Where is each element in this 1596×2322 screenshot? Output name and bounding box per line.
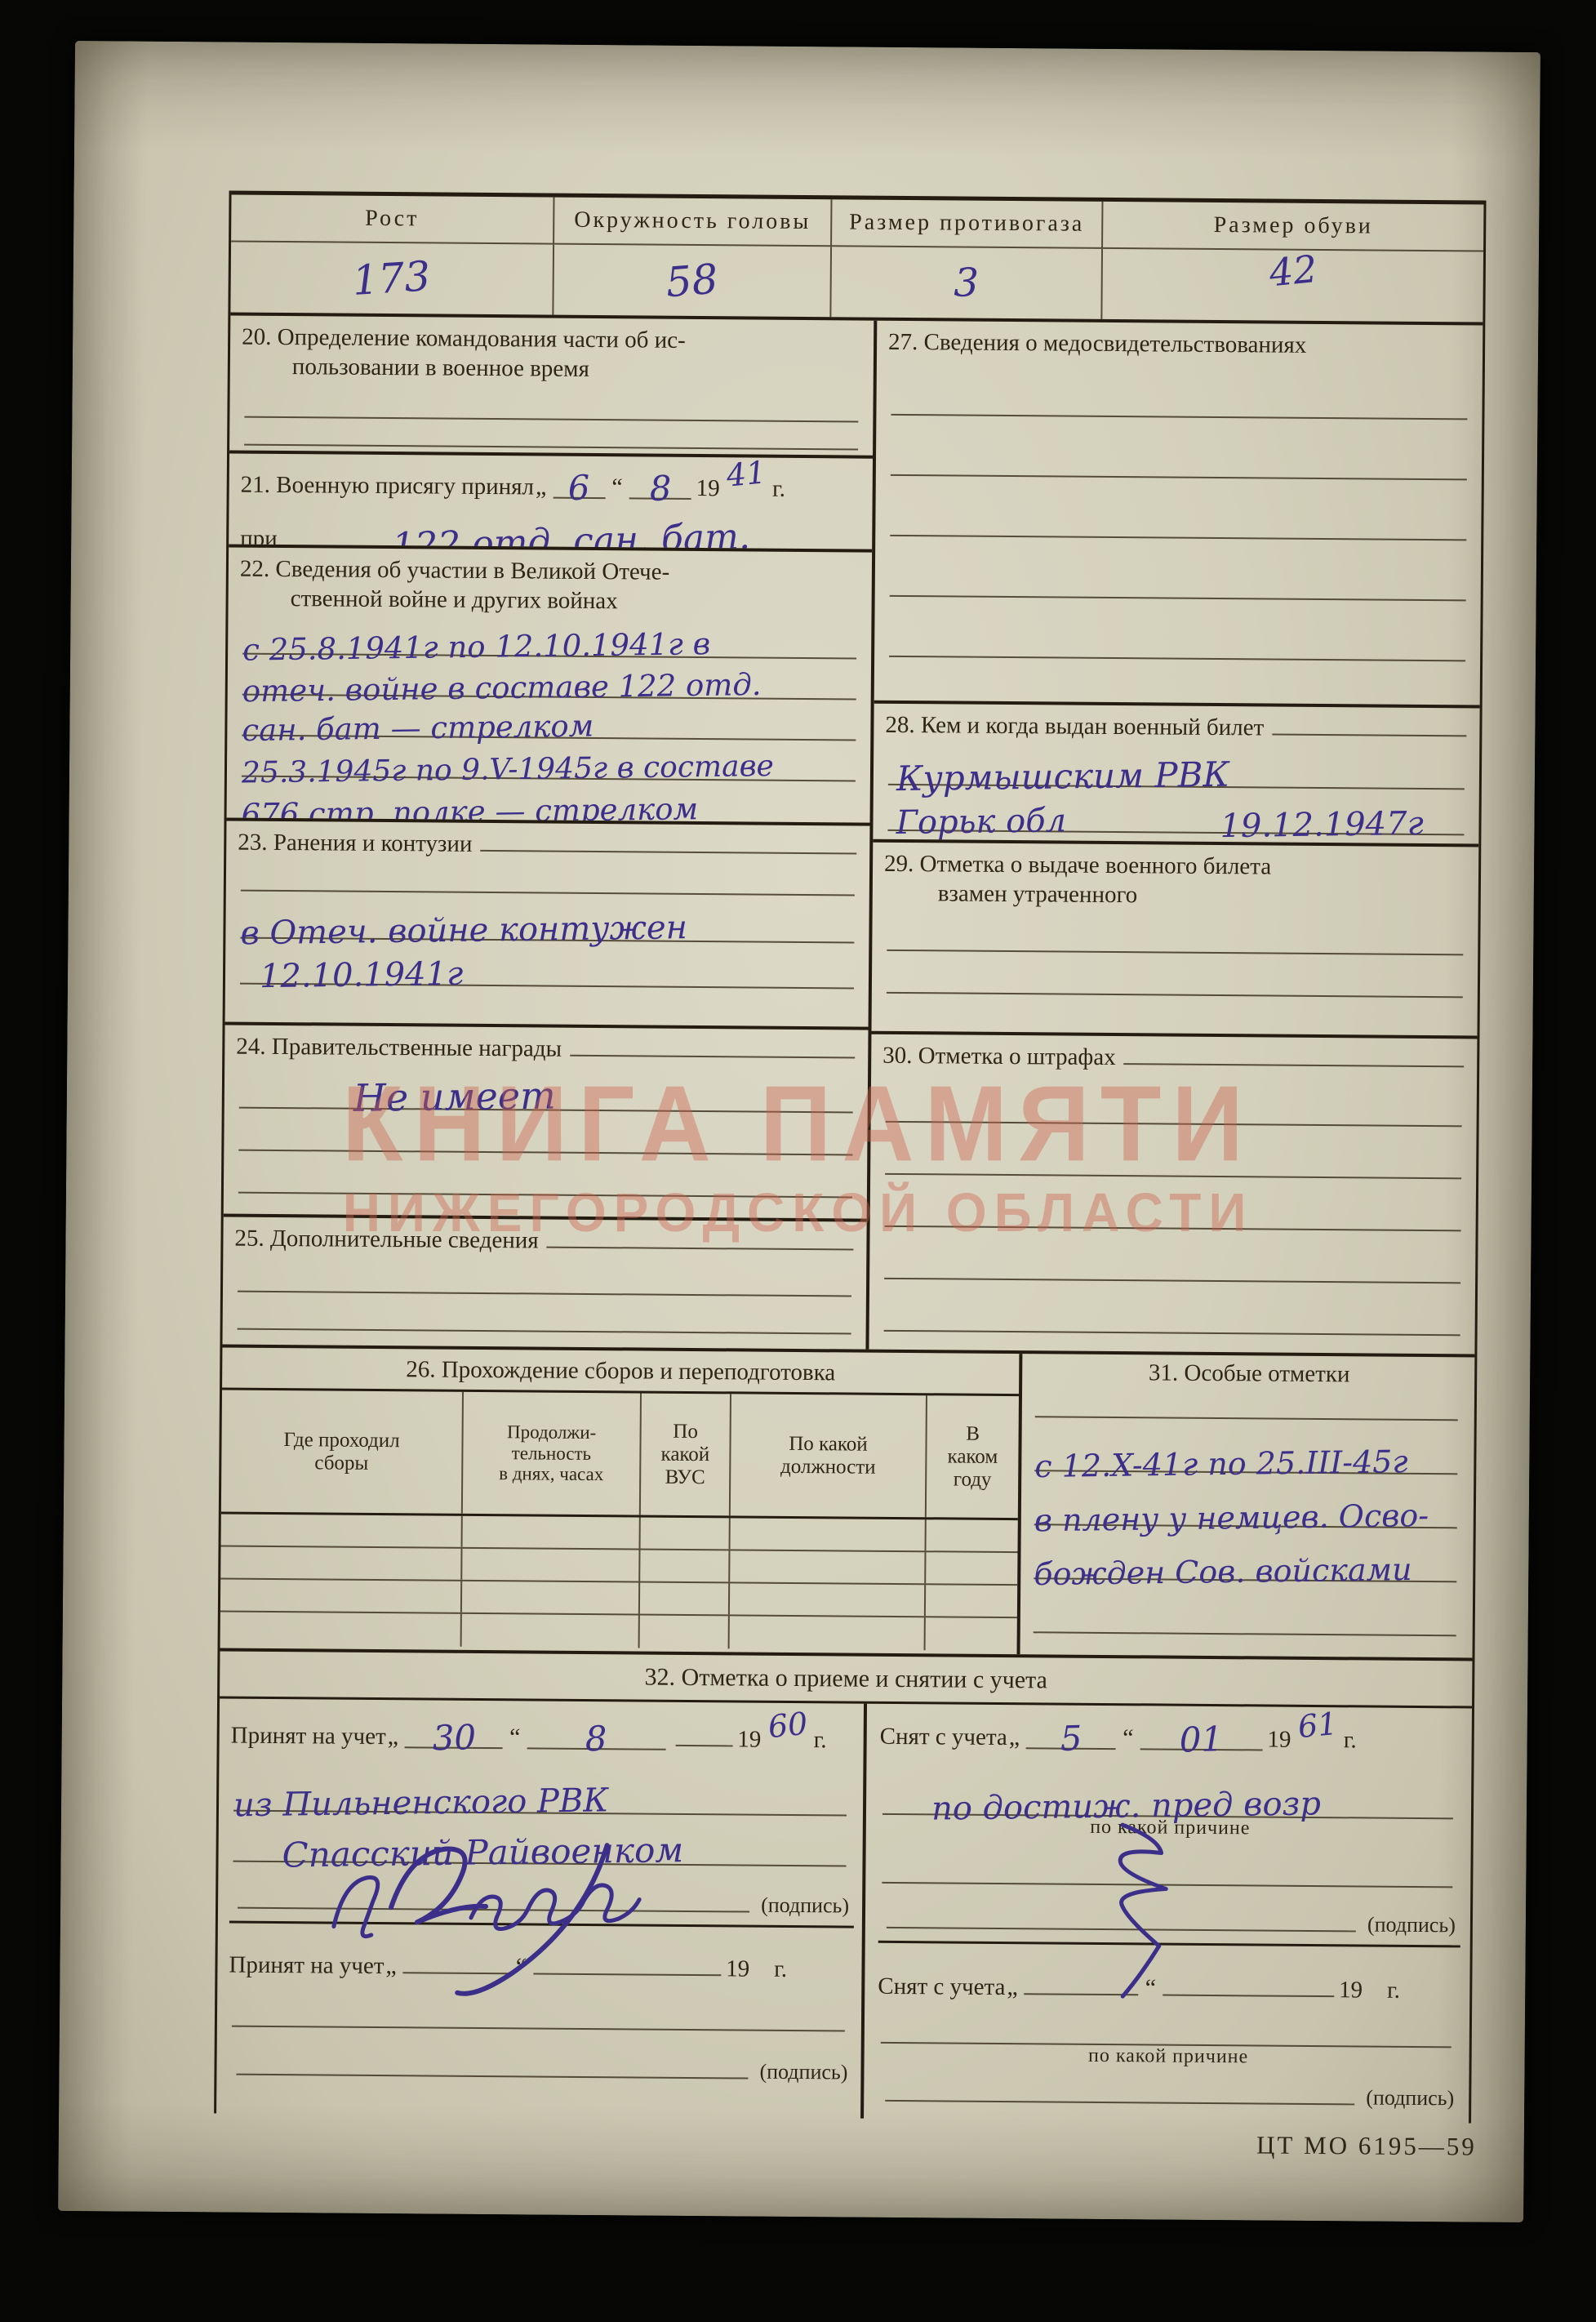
value-shoe-size: 42 xyxy=(1102,249,1483,322)
quote-open: „ xyxy=(388,1723,399,1750)
blank-line xyxy=(887,908,1463,955)
section-28: 28. Кем и когда выдан военный билет Курм… xyxy=(873,701,1479,844)
section-20-title-line2: пользовании в военное время xyxy=(242,352,867,386)
section-21-label: 21. Военную присягу принял xyxy=(241,470,535,502)
accepted-column: Принят на учет „ 30 “ 8 19 60 г. из Пиль… xyxy=(216,1698,867,2118)
signature-line: (подпись) xyxy=(228,2027,852,2086)
blank-tail xyxy=(1272,734,1466,737)
blank-field xyxy=(403,1937,509,1974)
blank-line xyxy=(232,1980,845,2032)
accepted-month-field: 8 xyxy=(527,1713,665,1750)
year-suffix: г. xyxy=(772,474,785,504)
training-table: 26. Прохождение сборов и переподготовка … xyxy=(220,1347,1023,1654)
section-20-title-line1: 20. Определение командования части об ис… xyxy=(242,322,867,357)
col-where: Где проходил сборы xyxy=(221,1390,464,1513)
year-suffix: г. xyxy=(1387,1976,1400,2005)
year-suffix: г. xyxy=(1344,1726,1357,1755)
value-head-circumference: 58 xyxy=(553,245,832,318)
signature-caption: (подпись) xyxy=(1366,2084,1454,2111)
blank-tail xyxy=(236,2074,748,2080)
blank-field xyxy=(1025,1959,1139,1995)
century-label: 19 xyxy=(737,1724,761,1754)
blank-line xyxy=(881,2001,1452,2048)
quote-close: “ xyxy=(1145,1974,1157,2002)
accepted-label: Принят на учет xyxy=(231,1721,386,1752)
quote-open: „ xyxy=(385,1952,397,1980)
blank-line xyxy=(891,416,1468,481)
col-position: По какой должности xyxy=(731,1394,927,1517)
blank-line xyxy=(890,536,1467,602)
accepted-day: 30 xyxy=(432,1724,476,1752)
col-year: В каком году xyxy=(927,1395,1019,1518)
war-service-line: с 25.8.1941г по 12.10.1941г в xyxy=(242,613,856,659)
header-shoe-size: Размер обуви xyxy=(1103,202,1483,252)
section-26-title: 26. Прохождение сборов и переподготовка xyxy=(222,1347,1019,1396)
blank-tail xyxy=(238,1907,749,1913)
blank-field xyxy=(533,1938,721,1976)
form-code-stamp: ЦТ МО 6195—59 xyxy=(1256,2130,1477,2161)
accepted-year: 60 xyxy=(766,1706,808,1745)
blank-tail xyxy=(480,850,856,855)
oath-unit-field: 122 отд. сан. бат. xyxy=(282,509,861,549)
century-label: 19 xyxy=(1339,1975,1363,2004)
section-29: 29. Отметка о выдаче военного билета вза… xyxy=(871,839,1478,1036)
value-gasmask-size: 3 xyxy=(831,247,1103,319)
removed-day: 5 xyxy=(1060,1725,1083,1753)
training-table-header: Где проходил сборы Продолжи- тельность в… xyxy=(221,1390,1019,1520)
removed-date-line-2: Снят с учета „ “ 19 г. xyxy=(878,1941,1460,2006)
anthropometry-value-row: 173 58 3 42 xyxy=(230,242,1483,322)
accepted-date-line-2: Принят на учет „ “ 19 г. xyxy=(229,1921,854,1985)
quote-open: „ xyxy=(1009,1724,1020,1751)
removed-label-2: Снят с учета xyxy=(878,1972,1005,2002)
section-28-label: 28. Кем и когда выдан военный билет xyxy=(885,710,1264,743)
section-29-title-line2: взамен утраченного xyxy=(884,879,1472,913)
archive-watermark-line1: КНИГА ПАМЯТИ xyxy=(0,1061,1596,1185)
blank-tail xyxy=(570,1055,855,1059)
blank-line xyxy=(244,417,858,450)
anthropometry-table: Рост Окружность головы Размер противогаз… xyxy=(230,191,1483,326)
blank-line xyxy=(889,597,1466,662)
blank-line xyxy=(891,357,1468,420)
oath-day: 6 xyxy=(568,474,591,502)
archive-watermark-line2: НИЖЕГОРОДСКОЙ ОБЛАСТИ xyxy=(0,1181,1596,1244)
section-23: 23. Ранения и контузии в Отеч. войне кон… xyxy=(225,817,870,1026)
wounds-line: в Отеч. войне контужен xyxy=(240,892,854,944)
section-29-title-line1: 29. Отметка о выдаче военного билета xyxy=(884,849,1472,883)
accepted-date-line: Принят на учет „ 30 “ 8 19 60 г. xyxy=(230,1707,856,1771)
oath-day-field: 6 xyxy=(553,463,605,500)
quote-close: “ xyxy=(1123,1725,1134,1753)
header-head-circumference: Окружность головы xyxy=(554,198,832,247)
section-27: 27. Сведения о медосвидетельствованиях xyxy=(874,321,1483,705)
year-suffix: г. xyxy=(774,1955,787,1984)
oath-date-line: 21. Военную присягу принял „ 6 “ 8 19 41… xyxy=(241,460,866,505)
blank-line xyxy=(884,1279,1461,1337)
quote-close: “ xyxy=(516,1953,527,1981)
blank-line xyxy=(1035,1396,1458,1421)
section-31: 31. Особые отметки с 12.X-41г по 25.III-… xyxy=(1020,1354,1475,1657)
registration-block: 32. Отметка о приеме и снятии с учета Пр… xyxy=(216,1648,1472,2123)
blank-line xyxy=(241,857,855,896)
training-and-notes-block: 26. Прохождение сборов и переподготовка … xyxy=(220,1344,1475,1657)
registration-columns: Принят на учет „ 30 “ 8 19 60 г. из Пиль… xyxy=(216,1698,1472,2123)
section-22-title-line1: 22. Сведения об участии в Великой Отече- xyxy=(240,554,865,589)
section-28-heading: 28. Кем и когда выдан военный билет xyxy=(885,710,1473,745)
removed-date-line: Снят с учета „ 5 “ 01 19 61 г. xyxy=(879,1712,1462,1776)
blank-line xyxy=(244,381,858,422)
section-23-heading: 23. Ранения и контузии xyxy=(238,828,863,862)
quote-open: „ xyxy=(536,474,547,501)
section-22: 22. Сведения об участии в Великой Отече-… xyxy=(227,544,873,822)
year-suffix: г. xyxy=(814,1725,827,1755)
signature-caption: (подпись) xyxy=(1367,1911,1456,1938)
quote-close: “ xyxy=(509,1724,521,1751)
quote-close: “ xyxy=(611,474,623,502)
oath-year: 41 xyxy=(725,455,767,494)
blank-line xyxy=(887,950,1463,998)
section-21: 21. Военную присягу принял „ 6 “ 8 19 41… xyxy=(229,451,873,549)
century-label: 19 xyxy=(696,474,720,503)
accepted-day-field: 30 xyxy=(405,1712,503,1749)
header-gasmask-size: Размер противогаза xyxy=(832,199,1103,249)
training-table-body xyxy=(220,1514,1018,1651)
signature-line: (подпись) xyxy=(877,2071,1459,2112)
blank-tail xyxy=(547,1247,854,1251)
removed-month: 01 xyxy=(1179,1726,1223,1755)
col-duration: Продолжи- тельность в днях, часах xyxy=(463,1392,642,1515)
removed-month-field: 01 xyxy=(1140,1714,1262,1750)
blank-field xyxy=(675,1710,732,1747)
removed-column: Снят с учета „ 5 “ 01 19 61 г. по достиж… xyxy=(864,1704,1472,2124)
section-22-title-line2: ственной войне и других войнах xyxy=(239,584,865,618)
accepted-label-2: Принят на учет xyxy=(229,1951,384,1982)
blank-line xyxy=(882,1841,1452,1888)
section-27-title: 27. Сведения о медосвидетельствованиях xyxy=(888,327,1476,362)
signature-caption: (подпись) xyxy=(761,1892,849,1919)
century-label: 19 xyxy=(1267,1725,1291,1755)
section-23-label: 23. Ранения и контузии xyxy=(238,828,472,860)
accepted-from-line: из Пильненского РВК xyxy=(233,1766,847,1817)
removed-day-field: 5 xyxy=(1026,1713,1116,1750)
signature-caption: (подпись) xyxy=(759,2058,847,2085)
removed-label: Снят с учета xyxy=(880,1722,1007,1752)
blank-line xyxy=(238,1253,851,1297)
blank-line xyxy=(890,476,1467,541)
table-row xyxy=(220,1612,1017,1651)
special-note-line: с 12.X-41г по 25.III-45г xyxy=(1034,1417,1458,1475)
removed-reason-line: по достиж. пред возр xyxy=(882,1771,1453,1819)
blank-tail xyxy=(887,1927,1356,1933)
blank-tail xyxy=(885,2100,1354,2106)
removed-year: 61 xyxy=(1296,1706,1339,1745)
section-31-title: 31. Особые отметки xyxy=(1032,1359,1466,1399)
section-24-label: 24. Правительственные награды xyxy=(236,1032,562,1064)
oath-month-field: 8 xyxy=(629,463,691,500)
section-20: 20. Определение командования части об ис… xyxy=(229,316,874,456)
blank-line xyxy=(238,1292,851,1335)
century-label: 19 xyxy=(726,1954,749,1983)
oath-unit-line: при 122 отд. сан. бат. xyxy=(240,508,865,549)
quote-open: „ xyxy=(1007,1973,1018,2001)
header-height: Рост xyxy=(231,195,554,245)
value-height: 173 xyxy=(230,242,554,315)
col-vus: По какой ВУС xyxy=(641,1394,731,1516)
oath-month: 8 xyxy=(649,475,672,503)
reason-caption: по какой причине xyxy=(877,2044,1459,2076)
blank-field xyxy=(1163,1960,1334,1998)
accepted-month: 8 xyxy=(585,1725,608,1753)
issued-by-line: Курмышским РВК xyxy=(888,740,1465,790)
signature-line: (подпись) xyxy=(878,1884,1460,1939)
